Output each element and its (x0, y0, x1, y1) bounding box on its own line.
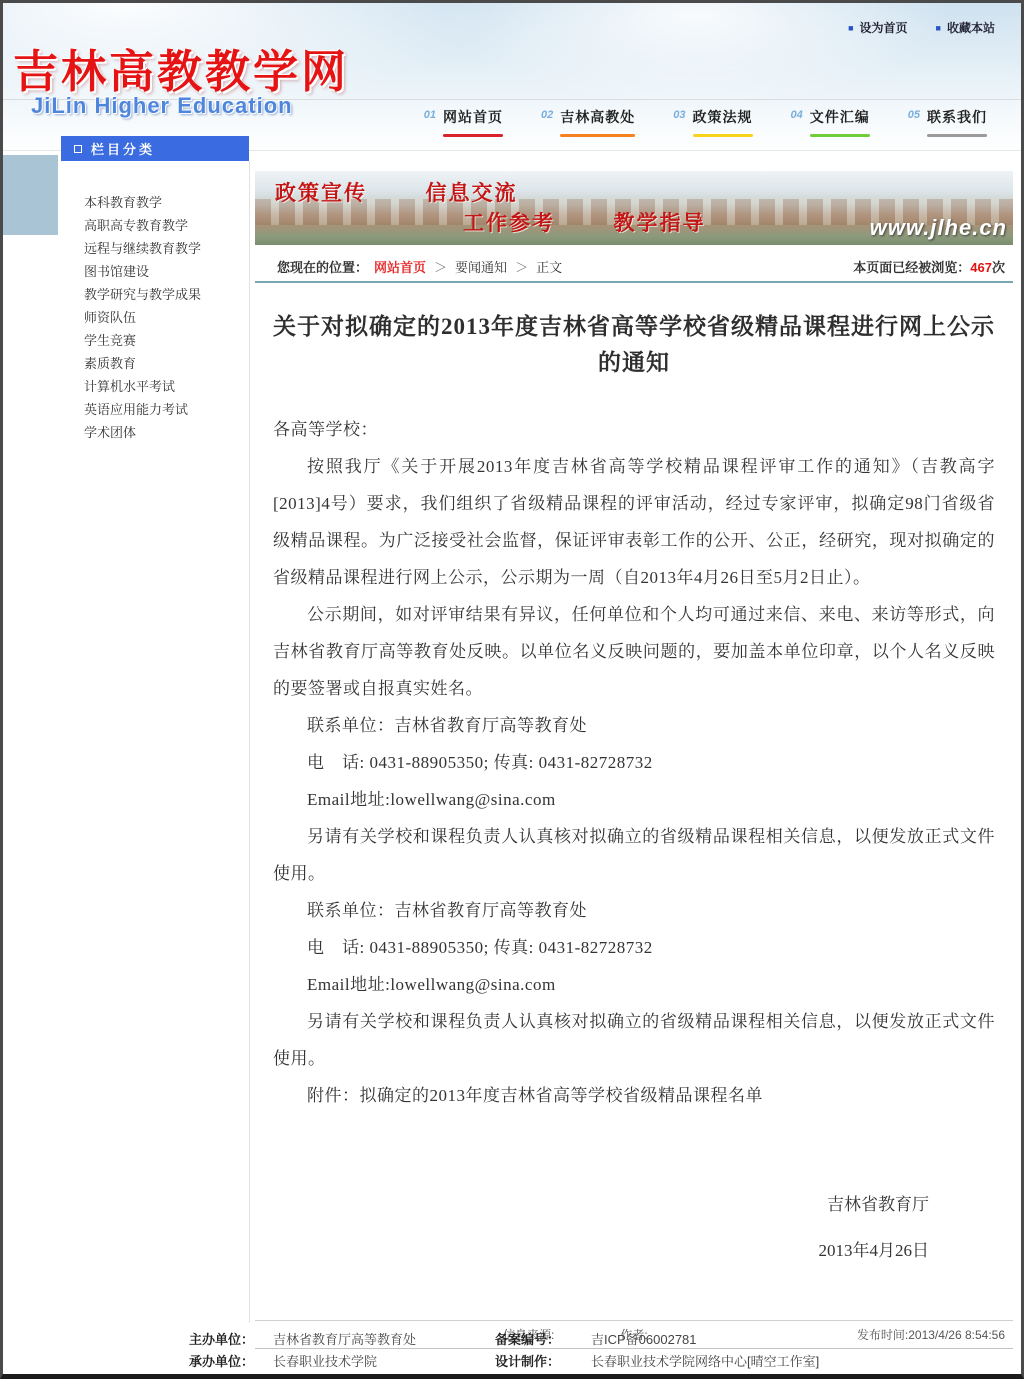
main-content: 政策宣传 信息交流 工作参考 教学指导 www.jlhe.cn 您现在的位置： … (255, 153, 1013, 1349)
nav-underline (443, 134, 503, 137)
page-views-prefix: 本页面已经被浏览： (853, 260, 970, 275)
signature-org: 吉林省教育厅 (273, 1182, 929, 1228)
sidebar-item-faculty[interactable]: 师资队伍 (84, 306, 249, 329)
signature-block: 吉林省教育厅 2013年4月26日 (273, 1182, 995, 1274)
paragraph-attachment: 附件：拟确定的2013年度吉林省高等学校省级精品课程名单 (273, 1077, 995, 1114)
campus-banner-image: 政策宣传 信息交流 工作参考 教学指导 www.jlhe.cn (255, 171, 1013, 245)
sidebar-item-student-competitions[interactable]: 学生竞赛 (84, 329, 249, 352)
paragraph-objection: 公示期间，如对评审结果有异议，任何单位和个人均可通过来信、来电、来访等形式，向吉… (273, 596, 995, 707)
site-logo: 吉林高教教学网 (13, 35, 349, 100)
nav-item-policies[interactable]: 03 政策法规 (673, 107, 752, 137)
header: ■ 设为首页 ■ 收藏本站 吉林高教教学网 JiLin Higher Educa… (3, 3, 1021, 153)
sidebar: 本科教育教学 高职高专教育教学 远程与继续教育教学 图书馆建设 教学研究与教学成… (61, 161, 250, 1323)
footer-organizer-label: 承办单位： (189, 1351, 273, 1373)
nav-underline (693, 134, 753, 137)
sidebar-item-library-construction[interactable]: 图书馆建设 (84, 260, 249, 283)
square-bullet-icon: ■ (848, 23, 853, 33)
nav-label: 网站首页 (443, 107, 503, 127)
site-logo-subtitle: JiLin Higher Education (31, 93, 293, 119)
paragraph-verify-note: 另请有关学校和课程负责人认真核对拟确立的省级精品课程相关信息，以便发放正式文件使… (273, 1003, 995, 1077)
paragraph-verify-note: 另请有关学校和课程负责人认真核对拟确立的省级精品课程相关信息，以便发放正式文件使… (273, 818, 995, 892)
paragraph-contact-unit: 联系单位：吉林省教育厅高等教育处 (273, 892, 995, 929)
nav-number: 02 (541, 107, 553, 121)
nav-item-contact[interactable]: 05 联系我们 (908, 107, 987, 137)
footer-row-1: 主办单位： 吉林省教育厅高等教育处 备案编号： 吉ICP备06002781 (3, 1329, 1021, 1351)
paragraph-salutation: 各高等学校： (273, 411, 995, 448)
footer: 主办单位： 吉林省教育厅高等教育处 备案编号： 吉ICP备06002781 承办… (3, 1329, 1021, 1373)
nav-number: 04 (791, 107, 803, 121)
nav-underline (810, 134, 870, 137)
footer-design-value: 长春职业技术学院网络中心[晴空工作室] (591, 1351, 1021, 1373)
page-views: 本页面已经被浏览：467次 (853, 257, 1005, 276)
sidebar-item-undergrad-education[interactable]: 本科教育教学 (84, 191, 249, 214)
nav-number: 05 (908, 107, 920, 121)
banner-site-url: www.jlhe.cn (870, 215, 1007, 241)
article: 关于对拟确定的2013年度吉林省高等学校省级精品课程进行网上公示的通知 各高等学… (255, 309, 1013, 1274)
signature-date: 2013年4月26日 (273, 1228, 929, 1274)
nav-underline (560, 134, 635, 137)
banner-slogan-1: 政策宣传 (275, 181, 367, 205)
top-links: ■ 设为首页 ■ 收藏本站 (848, 19, 995, 36)
article-title: 关于对拟确定的2013年度吉林省高等学校省级精品课程进行网上公示的通知 (273, 309, 995, 381)
sidebar-item-english-exam[interactable]: 英语应用能力考试 (84, 398, 249, 421)
page-views-suffix: 次 (992, 260, 1005, 275)
banner-slogan-2: 信息交流 (425, 181, 517, 205)
paragraph-phone-fax: 电 话: 0431-88905350; 传真: 0431-82728732 (273, 929, 995, 966)
paragraph-intro: 按照我厅《关于开展2013年度吉林省高等学校精品课程评审工作的通知》（吉教高字[… (273, 448, 995, 596)
footer-icp-label: 备案编号： (495, 1329, 591, 1351)
sidebar-list: 本科教育教学 高职高专教育教学 远程与继续教育教学 图书馆建设 教学研究与教学成… (61, 161, 249, 444)
article-body: 各高等学校： 按照我厅《关于开展2013年度吉林省高等学校精品课程评审工作的通知… (273, 411, 995, 1114)
sidebar-header-label: 栏目分类 (91, 139, 155, 158)
nav-underline (927, 134, 987, 137)
page: ■ 设为首页 ■ 收藏本站 吉林高教教学网 JiLin Higher Educa… (0, 0, 1024, 1379)
breadcrumb: 您现在的位置： 网站首页 ＞ 要闻通知 ＞ 正文 本页面已经被浏览：467次 (255, 251, 1013, 283)
footer-host-label: 主办单位： (189, 1329, 273, 1351)
add-favorite-label: 收藏本站 (947, 19, 995, 36)
sidebar-item-vocational-education[interactable]: 高职高专教育教学 (84, 214, 249, 237)
nav-item-documents[interactable]: 04 文件汇编 (791, 107, 870, 137)
banner-slogan-row2: 工作参考 教学指导 (463, 207, 759, 237)
nav-number: 01 (424, 107, 436, 121)
sidebar-item-computer-exam[interactable]: 计算机水平考试 (84, 375, 249, 398)
breadcrumb-home-link[interactable]: 网站首页 (374, 257, 426, 276)
square-outline-icon (74, 145, 82, 153)
set-home-label: 设为首页 (860, 19, 908, 36)
paragraph-contact-unit: 联系单位：吉林省教育厅高等教育处 (273, 707, 995, 744)
sidebar-item-quality-education[interactable]: 素质教育 (84, 352, 249, 375)
nav-label: 文件汇编 (810, 107, 870, 127)
set-home-link[interactable]: ■ 设为首页 (848, 19, 907, 36)
footer-host-value: 吉林省教育厅高等教育处 (273, 1329, 495, 1351)
banner-slogan-4: 教学指导 (613, 211, 705, 235)
nav-label: 吉林高教处 (560, 107, 635, 127)
paragraph-email: Email地址:lowellwang@sina.com (273, 781, 995, 818)
nav-item-jilin-higher-ed-office[interactable]: 02 吉林高教处 (541, 107, 635, 137)
breadcrumb-separator: ＞ (515, 257, 528, 276)
breadcrumb-separator: ＞ (434, 257, 447, 276)
paragraph-phone-fax: 电 话: 0431-88905350; 传真: 0431-82728732 (273, 744, 995, 781)
paragraph-email: Email地址:lowellwang@sina.com (273, 966, 995, 1003)
square-bullet-icon: ■ (936, 23, 941, 33)
breadcrumb-prefix: 您现在的位置： (277, 257, 368, 276)
breadcrumb-current: 正文 (536, 257, 562, 276)
footer-organizer-value: 长春职业技术学院 (273, 1351, 495, 1373)
nav-number: 03 (673, 107, 685, 121)
footer-icp-value: 吉ICP备06002781 (591, 1329, 1021, 1351)
sidebar-header: 栏目分类 (61, 136, 249, 161)
main-nav: 01 网站首页 02 吉林高教处 03 政策法规 (424, 107, 987, 137)
banner-slogan-3: 工作参考 (463, 211, 555, 235)
footer-row-2: 承办单位： 长春职业技术学院 设计制作： 长春职业技术学院网络中心[晴空工作室] (3, 1351, 1021, 1373)
banner-slogan-row1: 政策宣传 信息交流 (275, 177, 571, 207)
footer-design-label: 设计制作： (495, 1351, 591, 1373)
nav-label: 联系我们 (927, 107, 987, 127)
add-favorite-link[interactable]: ■ 收藏本站 (936, 19, 995, 36)
sidebar-item-distance-education[interactable]: 远程与继续教育教学 (84, 237, 249, 260)
left-decor-block (3, 155, 58, 235)
page-views-count: 467 (970, 260, 992, 275)
nav-item-home[interactable]: 01 网站首页 (424, 107, 503, 137)
sidebar-item-academic-groups[interactable]: 学术团体 (84, 421, 249, 444)
nav-label: 政策法规 (693, 107, 753, 127)
sidebar-item-teaching-research[interactable]: 教学研究与教学成果 (84, 283, 249, 306)
breadcrumb-section-link[interactable]: 要闻通知 (455, 257, 507, 276)
